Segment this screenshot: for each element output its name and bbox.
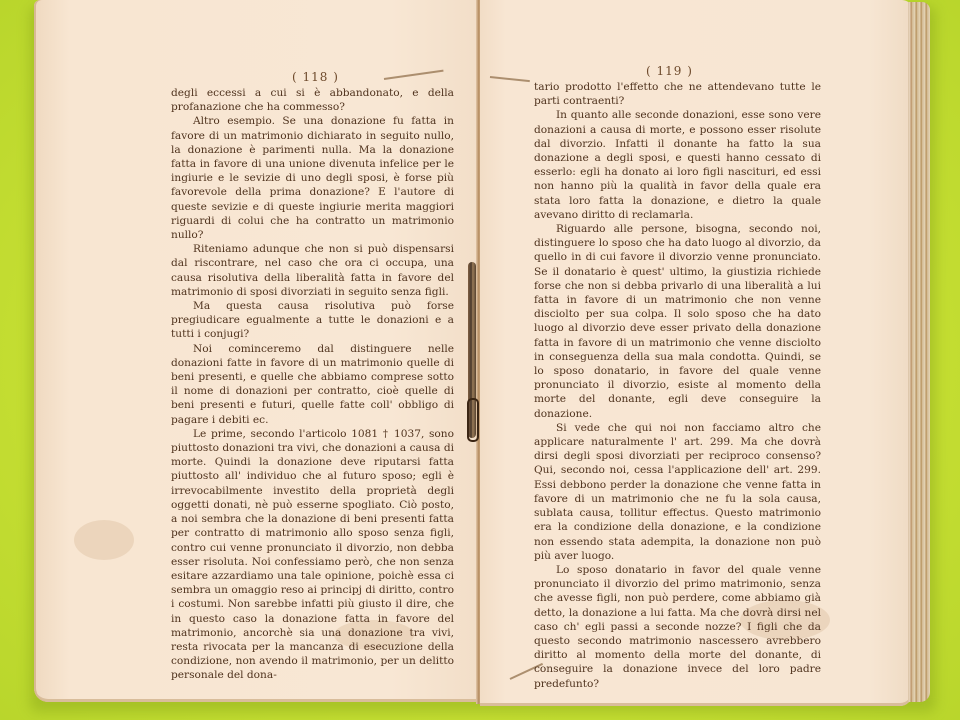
page-number: ( 118 ) — [292, 70, 339, 84]
page-edges — [908, 2, 930, 702]
paper-stain — [74, 520, 134, 560]
left-page-body: degli eccessi a cui si è abbandonato, e … — [171, 86, 454, 683]
paper-tear-mark — [384, 70, 444, 80]
paragraph: Riteniamo adunque che non si può dispens… — [171, 242, 454, 299]
paragraph: Noi cominceremo dal distinguere nelle do… — [171, 342, 454, 427]
paragraph: Le prime, secondo l'articolo 1081 † 1037… — [171, 427, 454, 683]
paragraph: Ma questa causa risolutiva può forse pre… — [171, 299, 454, 342]
paragraph: degli eccessi a cui si è abbandonato, e … — [171, 86, 454, 114]
paper-tear-mark — [490, 76, 530, 82]
paragraph: Si vede che qui noi non facciamo altro c… — [534, 421, 821, 563]
binding-thread-loop — [467, 398, 479, 442]
right-page: ( 119 ) tario prodotto l'effetto che ne … — [480, 0, 912, 706]
left-page: ( 118 ) degli eccessi a cui si è abbando… — [34, 0, 480, 702]
paragraph: In quanto alle seconde donazioni, esse s… — [534, 108, 821, 222]
paragraph: Lo sposo donatario in favor del quale ve… — [534, 563, 821, 691]
open-book: ( 118 ) degli eccessi a cui si è abbando… — [24, 0, 934, 706]
right-page-body: tario prodotto l'effetto che ne attendev… — [534, 80, 821, 691]
paragraph: Altro esempio. Se una donazione fu fatta… — [171, 114, 454, 242]
page-number: ( 119 ) — [646, 64, 693, 78]
paragraph: Riguardo alle persone, bisogna, secondo … — [534, 222, 821, 421]
paragraph: tario prodotto l'effetto che ne attendev… — [534, 80, 821, 108]
